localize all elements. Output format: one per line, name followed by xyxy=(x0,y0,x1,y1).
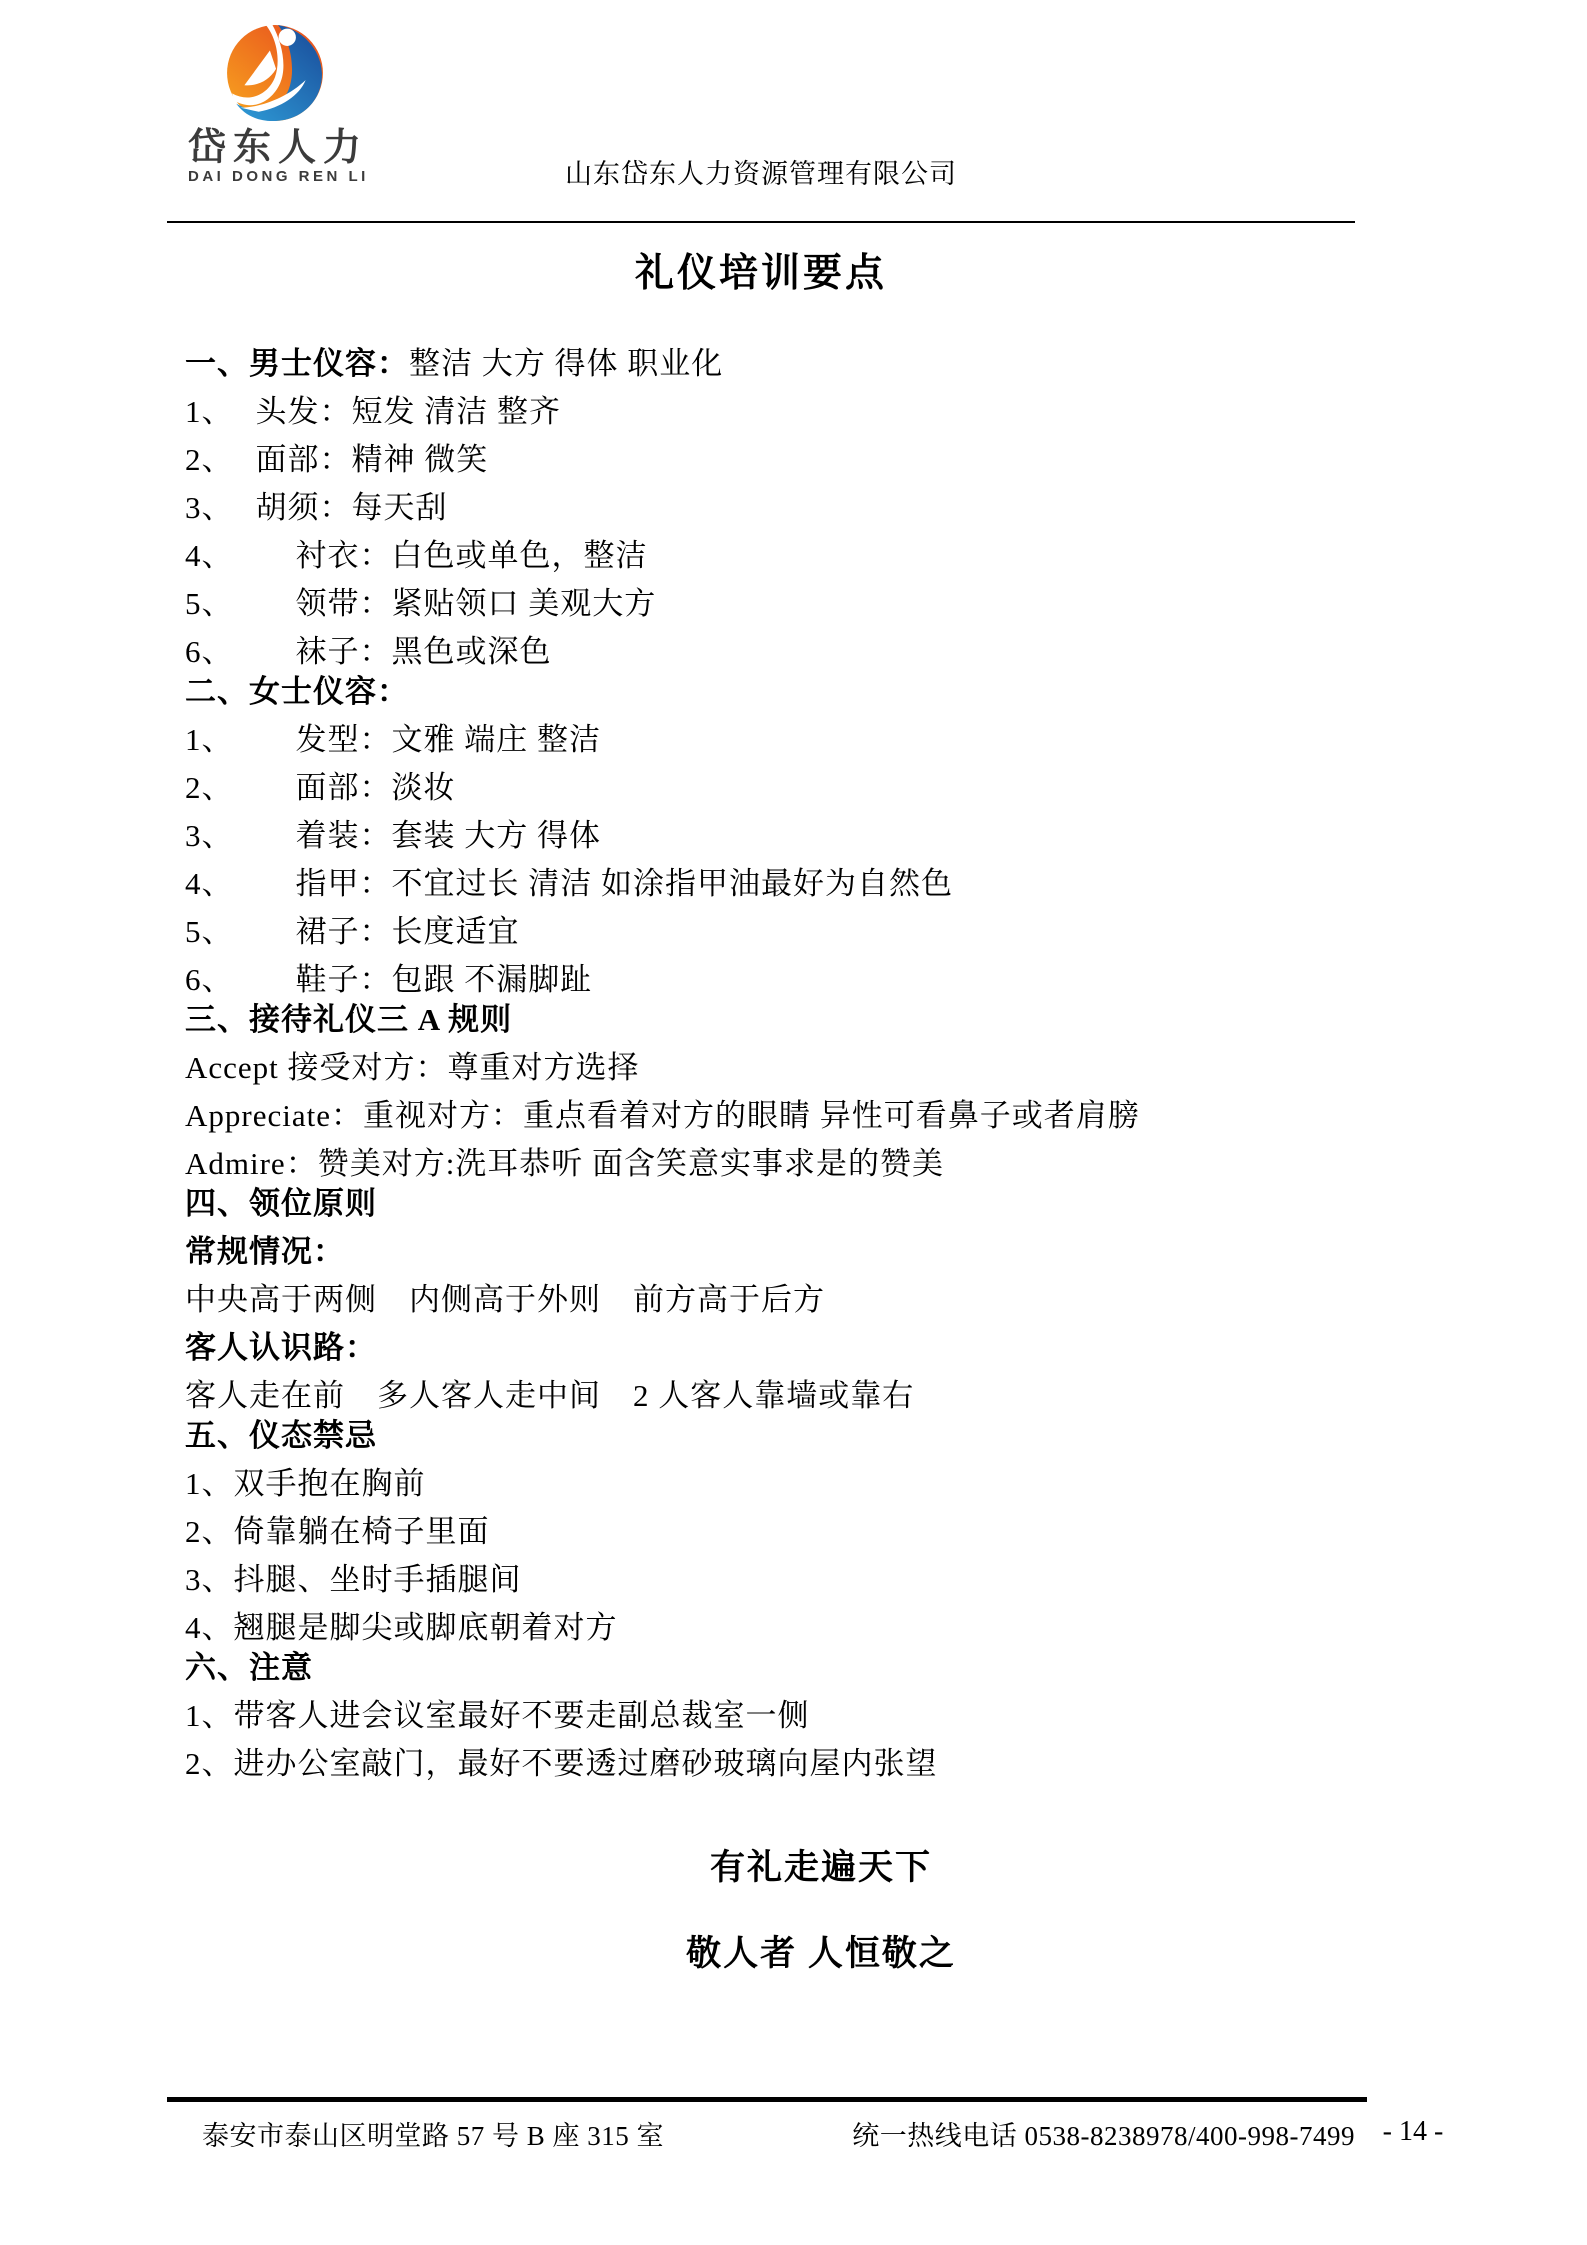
list-item: 4、衬衣：白色或单色，整洁 xyxy=(185,532,1457,580)
text-line: 中央高于两侧 内侧高于外则 前方高于后方 xyxy=(185,1276,1457,1324)
daidong-logo-icon xyxy=(224,22,326,124)
logo-en-name: DAI DONG REN LI xyxy=(188,168,408,186)
text-line: Accept 接受对方：尊重对方选择 xyxy=(185,1044,1457,1092)
logo-head-dot xyxy=(279,29,296,46)
section-heading: 三、接待礼仪三 A 规则 xyxy=(185,996,1457,1044)
closing-quote: 敬人者 人恒敬之 xyxy=(185,1926,1457,1982)
list-item: 3、着装：套装 大方 得体 xyxy=(185,812,1457,860)
list-item: 5、裙子：长度适宜 xyxy=(185,908,1457,956)
company-logo: 岱东人力 DAI DONG REN LI xyxy=(188,22,408,186)
section-heading: 二、女士仪容： xyxy=(185,668,1457,716)
subheading: 常规情况： xyxy=(185,1228,1457,1276)
list-item: 2、面部：淡妆 xyxy=(185,764,1457,812)
list-item: 3、抖腿、坐时手插腿间 xyxy=(185,1556,1457,1604)
list-item: 4、指甲：不宜过长 清洁 如涂指甲油最好为自然色 xyxy=(185,860,1457,908)
logo-cn-name: 岱东人力 xyxy=(188,128,408,168)
list-item: 1、带客人进会议室最好不要走副总裁室一侧 xyxy=(185,1692,1457,1740)
text-line: Appreciate：重视对方：重点看着对方的眼睛 异性可看鼻子或者肩膀 xyxy=(185,1092,1457,1140)
list-item: 2、倚靠躺在椅子里面 xyxy=(185,1508,1457,1556)
page-title: 礼仪培训要点 xyxy=(167,242,1355,298)
list-item: 2、面部：精神 微笑 xyxy=(185,436,1457,484)
closing-quote: 有礼走遍天下 xyxy=(185,1840,1457,1896)
section-heading: 一、男士仪容：整洁 大方 得体 职业化 xyxy=(185,340,1457,388)
document-page: 岱东人力 DAI DONG REN LI 山东岱东人力资源管理有限公司 礼仪培训… xyxy=(0,0,1587,2245)
list-item: 1、发型：文雅 端庄 整洁 xyxy=(185,716,1457,764)
list-item: 2、进办公室敲门，最好不要透过磨砂玻璃向屋内张望 xyxy=(185,1740,1457,1788)
header-divider xyxy=(167,221,1355,223)
footer-divider xyxy=(167,2097,1367,2102)
list-item: 5、领带：紧贴领口 美观大方 xyxy=(185,580,1457,628)
company-name: 山东岱东人力资源管理有限公司 xyxy=(565,152,957,191)
document-body: 一、男士仪容：整洁 大方 得体 职业化 1、头发：短发 清洁 整齐 2、面部：精… xyxy=(185,340,1457,1982)
page-number: - 14 - xyxy=(1368,2116,1458,2148)
list-item: 3、胡须：每天刮 xyxy=(185,484,1457,532)
subheading: 客人认识路： xyxy=(185,1324,1457,1372)
footer-hotline: 统一热线电话 0538-8238978/400-998-7499 xyxy=(167,2114,1355,2153)
list-item: 1、头发：短发 清洁 整齐 xyxy=(185,388,1457,436)
list-item: 1、双手抱在胸前 xyxy=(185,1460,1457,1508)
